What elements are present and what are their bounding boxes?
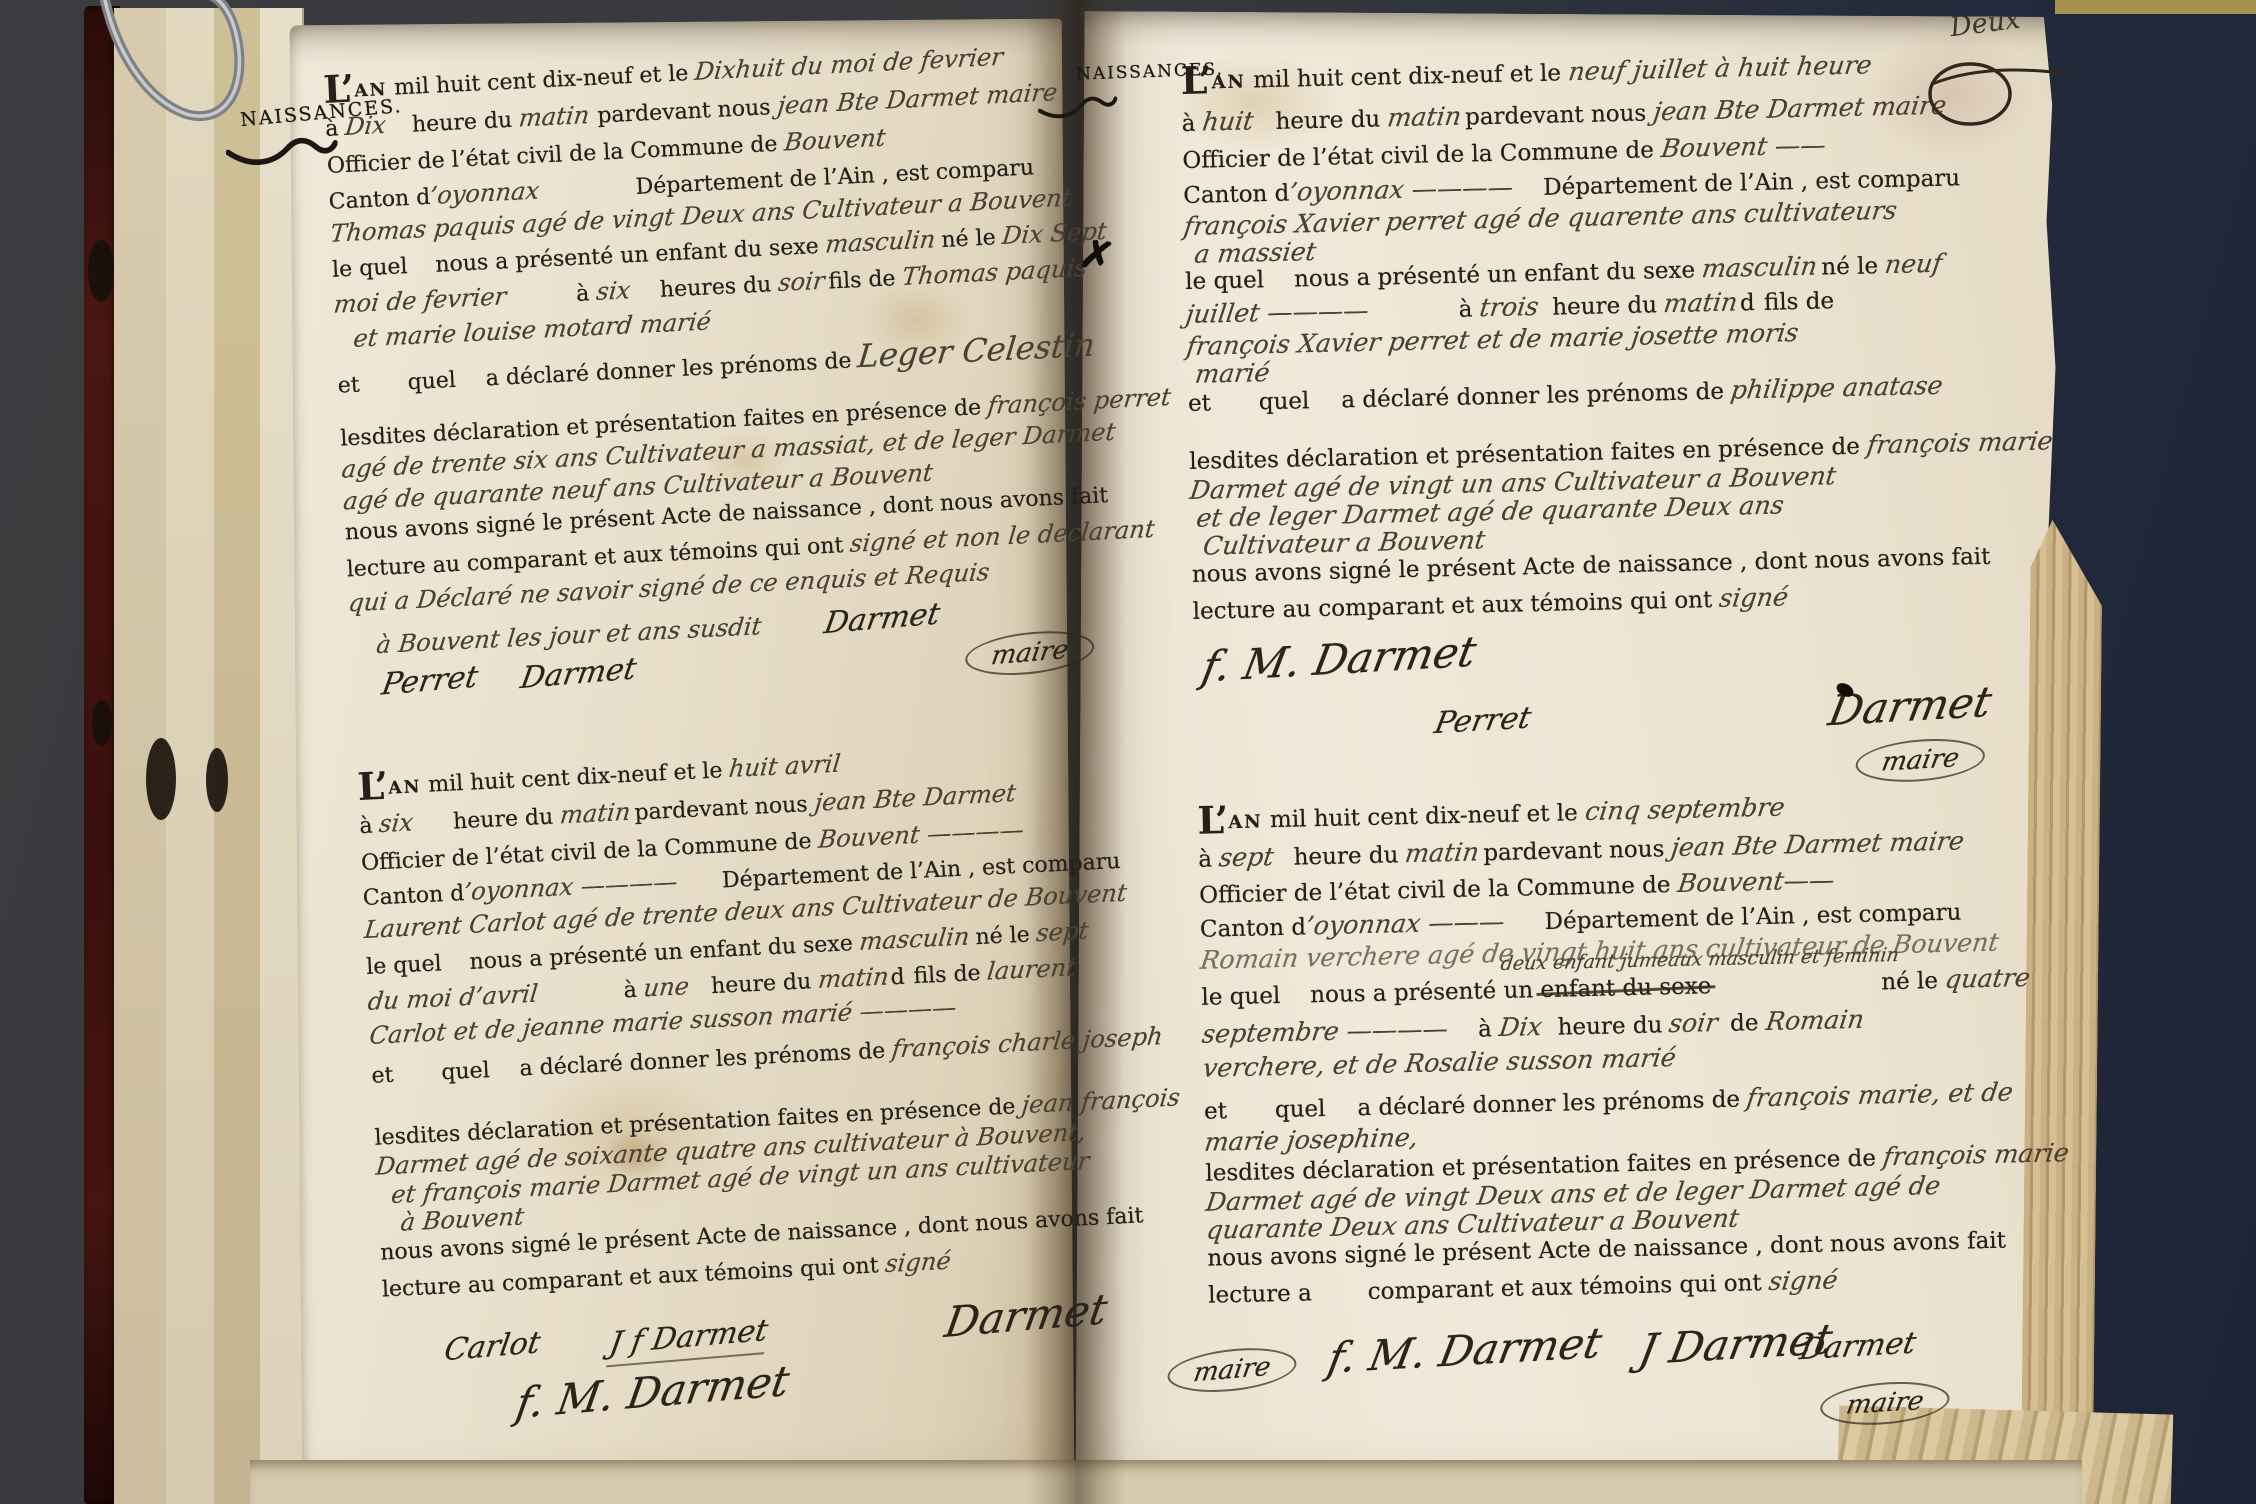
signature-text: f. M. Darmet — [1198, 627, 1480, 692]
handwritten-text: françois marie — [1865, 426, 2054, 459]
ink-blot — [88, 240, 114, 302]
text-line: à huitheure du matinpardevant nous jean … — [1181, 91, 1946, 137]
printed-text: né le — [1881, 968, 1946, 995]
handwritten-text: trois — [1478, 292, 1540, 322]
printed-text: et — [1204, 1098, 1227, 1125]
signature-text: maire — [962, 627, 1098, 680]
handwritten-text: Romain — [1764, 1005, 1866, 1036]
handwritten-text: sept — [1217, 842, 1275, 872]
page-left-text: L’AN mil huit cent dix-neuf et le Dixhui… — [322, 25, 1137, 1460]
signature-text: Perret — [1432, 700, 1534, 741]
handwritten-text: philippe anatase — [1729, 371, 1945, 405]
handwritten-text: Dix — [1497, 1012, 1544, 1042]
photo-of-register: { "document": { "type_label_left": "NAIS… — [0, 0, 2256, 1504]
signature-text: f. M. Darmet — [1324, 1318, 1606, 1383]
handwritten-text: masculin — [1700, 252, 1819, 284]
page-right-text: L’AN mil huit cent dix-neuf et le neuf j… — [1180, 31, 2058, 1470]
printed-text: quel — [1259, 388, 1310, 415]
printed-text: quel — [407, 368, 456, 395]
printed-text: à — [623, 977, 644, 1003]
handwritten-text: huit — [1201, 106, 1256, 136]
printed-text: mil huit cent dix-neuf et le — [1246, 60, 1569, 93]
page-edge-stack-bottom — [250, 1460, 2082, 1504]
text-line: maire — [1856, 738, 1985, 783]
handwritten-text: huit avril — [728, 749, 842, 783]
text-line: etquela déclaré donner les prénoms de fr… — [1204, 1077, 2014, 1124]
handwritten-text: Dixhuit du moi de fevrier — [694, 43, 1005, 86]
printed-text: Canton d — [1183, 181, 1290, 209]
handwritten-text: marié — [1193, 358, 1271, 389]
printed-text: né le — [1821, 253, 1886, 280]
printed-text: d — [890, 964, 912, 990]
handwritten-text: matin — [817, 962, 890, 994]
handwritten-text: jean Bte Darmet maire — [1670, 826, 1967, 862]
printed-text: lecture a — [1208, 1280, 1312, 1308]
printed-text: à — [1198, 846, 1220, 872]
handwritten-text: françois marie — [1881, 1138, 2070, 1171]
signature-text: maire — [1816, 1379, 1953, 1429]
handwritten-text: matin — [1386, 102, 1464, 133]
handwritten-text: masculin — [824, 225, 937, 259]
signature-text: maire — [1852, 736, 1989, 786]
text-line: L’AN mil huit cent dix-neuf et le neuf j… — [1180, 50, 1871, 95]
handwritten-text: à Bouvent — [399, 1202, 525, 1236]
printed-text: a déclaré donner les prénoms de — [1357, 1086, 1747, 1121]
handwritten-text: laurent — [986, 953, 1078, 986]
handwritten-text: ’oyonnax ———— — [1287, 172, 1515, 206]
printed-text: a déclaré donner les prénoms de — [519, 1038, 893, 1081]
handwritten-text: ’oyonnax ———— — [463, 867, 680, 906]
signature-text: Perret — [379, 659, 480, 702]
printed-text: nous a présenté un — [1310, 977, 1541, 1008]
handwritten-text: françois marie, et de — [1745, 1077, 2015, 1112]
printed-text: le quel — [332, 254, 408, 283]
printed-text: à — [1478, 1016, 1500, 1042]
printed-text: AN — [388, 777, 422, 799]
handwritten-text: soir — [777, 267, 826, 297]
printed-text: mil huit cent dix-neuf et le — [1262, 800, 1585, 833]
printed-text: pardevant nous — [597, 95, 778, 129]
printed-text: de — [1730, 1010, 1766, 1037]
text-line: lecture au comparant et aux témoins qui … — [1192, 582, 1788, 625]
handwritten-text: signé — [884, 1247, 953, 1278]
handwritten-text: neuf — [1883, 249, 1944, 279]
printed-text: le quel — [1185, 267, 1264, 295]
handwritten-text: sept — [1035, 917, 1090, 948]
printed-text: Canton d — [328, 185, 431, 215]
printed-text: a déclaré donner les prénoms de — [485, 348, 859, 391]
handwritten-text: six — [378, 808, 415, 838]
printed-text: enfant du sexe — [1540, 973, 1711, 1003]
printed-text: et — [371, 1063, 394, 1089]
printed-text: Officier de l’état civil de la Commune d… — [1199, 872, 1678, 909]
printed-text: pardevant nous — [634, 792, 815, 826]
ink-blot — [206, 748, 228, 812]
handwritten-text: six — [595, 276, 632, 306]
printed-text: mil huit cent dix-neuf et le — [421, 758, 730, 798]
handwritten-text: Bouvent —— — [1659, 130, 1827, 163]
printed-text: heure du — [1557, 1012, 1670, 1041]
printed-text: Canton d — [362, 881, 465, 911]
handwritten-text: jean Bte Darmet maire — [1652, 91, 1949, 127]
printed-text: pardevant nous — [1465, 100, 1654, 130]
printed-text: nous a présenté un enfant du sexe — [1294, 257, 1703, 292]
printed-text: heure du — [453, 804, 561, 834]
handwritten-text: une — [642, 972, 690, 1002]
printed-text: et — [337, 373, 360, 399]
signature-text: Darmet — [941, 1284, 1110, 1347]
signature-text: Carlot — [442, 1325, 543, 1368]
text-line: f. M. Darmet — [1203, 631, 1475, 686]
printed-text: quel — [441, 1058, 490, 1085]
printed-text: Officier de l’état civil de la Commune d… — [1182, 137, 1661, 174]
printed-text: heure du — [1293, 842, 1406, 871]
text-line: à Bouvent — [400, 1203, 525, 1237]
printed-text: né le — [941, 225, 1003, 253]
handwritten-text: Thomas paquis — [901, 254, 1089, 291]
printed-text: à — [359, 813, 380, 839]
handwritten-text: Leger Celestin — [856, 325, 1097, 375]
handwritten-text: matin — [517, 101, 590, 133]
handwritten-text: marie josephine, — [1203, 1123, 1420, 1157]
handwritten-text: ’oyonnax — [429, 176, 542, 210]
handwritten-text: moi de fevrier — [332, 282, 507, 319]
handwritten-text: matin — [1404, 837, 1482, 868]
handwritten-text: signé — [1718, 582, 1790, 613]
handwritten-text: cinq septembre — [1583, 792, 1786, 826]
text-line: etquela déclaré donner les prénoms de ph… — [1188, 371, 1944, 417]
text-line: lecture acomparant et aux témoins qui on… — [1208, 1265, 1838, 1308]
handwritten-text: soir — [1668, 1008, 1720, 1038]
circle-flourish — [1922, 50, 2072, 134]
handwritten-text: jean Bte Darmet maire — [776, 78, 1059, 120]
printed-text: L’ — [1197, 797, 1229, 843]
handwritten-text: septembre ———— — [1200, 1014, 1450, 1049]
table-edge — [2055, 0, 2256, 14]
printed-text: fils de — [1764, 288, 1835, 316]
printed-text: comparant et aux témoins qui ont — [1367, 1270, 1769, 1305]
printed-text: mil huit cent dix-neuf et le — [387, 61, 696, 101]
signature-text: Darmet — [1797, 1326, 1919, 1368]
text-line: verchere, et de Rosalie susson marié — [1203, 1043, 1676, 1083]
printed-text: L’ — [356, 763, 389, 809]
text-line: marié — [1195, 358, 1270, 389]
printed-text: à — [1458, 296, 1480, 322]
handwritten-text: verchere, et de Rosalie susson marié — [1201, 1043, 1678, 1083]
printed-text: quel — [1275, 1096, 1326, 1123]
handwritten-text: matin — [1662, 287, 1740, 318]
text-line: f. M. DarmetJ DarmetDarmet — [1329, 1316, 1916, 1378]
handwritten-text: jean Bte Darmet — [813, 779, 1017, 817]
printed-text: heure du — [711, 969, 819, 999]
printed-text: et — [1188, 390, 1211, 417]
printed-text: a déclaré donner les prénoms de — [1341, 379, 1731, 414]
printed-text: heure du — [1552, 292, 1665, 321]
printed-text: à — [576, 281, 597, 307]
paperclip-icon — [90, 0, 270, 144]
printed-text: heure du — [411, 107, 519, 137]
signature-text: Darmet — [822, 596, 943, 641]
printed-text: heures du — [659, 272, 779, 303]
handwritten-text: Bouvent ———— — [817, 816, 1025, 854]
ink-blot — [146, 738, 176, 820]
printed-text: le quel — [1201, 983, 1280, 1011]
handwritten-text: Bouvent — [783, 123, 887, 156]
text-line: PerretDarmet — [1435, 680, 1991, 742]
text-line: L’AN mil huit cent dix-neuf et le cinq s… — [1197, 792, 1784, 834]
text-line: septembre ————à Dixheure du soirde Romai… — [1202, 1005, 1864, 1049]
printed-text: à — [1181, 111, 1203, 137]
text-line: maire — [1820, 1381, 1949, 1426]
handwritten-text: du moi d’avril — [366, 979, 539, 1015]
handwritten-text: juillet ———— — [1184, 296, 1371, 329]
printed-text: fils de — [828, 266, 903, 295]
printed-text: fils de — [913, 961, 988, 990]
handwritten-text: ’oyonnax ——— — [1304, 907, 1507, 941]
text-line: à septheure du matinpardevant nous jean … — [1198, 826, 1965, 872]
printed-text: heure du — [1275, 106, 1388, 135]
signature-text: Darmet — [518, 651, 639, 696]
printed-text: Canton d — [1200, 914, 1307, 942]
printed-text: né le — [975, 922, 1037, 950]
handwritten-text: quatre — [1943, 963, 2032, 994]
handwritten-text: signé — [1767, 1265, 1839, 1296]
printed-text: pardevant nous — [1483, 836, 1672, 866]
printed-text: AN — [1228, 811, 1263, 833]
handwritten-text: Bouvent—— — [1676, 865, 1836, 898]
printed-text: le quel — [366, 951, 442, 980]
printed-text: lecture au comparant et aux témoins qui … — [1192, 587, 1719, 625]
text-line: marie josephine, — [1204, 1123, 1418, 1157]
printed-text: d — [1740, 290, 1763, 316]
ink-blot — [92, 700, 112, 746]
handwritten-text: matin — [559, 798, 632, 830]
handwritten-text: masculin — [858, 922, 971, 956]
handwritten-text: neuf juillet à huit heure — [1566, 50, 1873, 86]
